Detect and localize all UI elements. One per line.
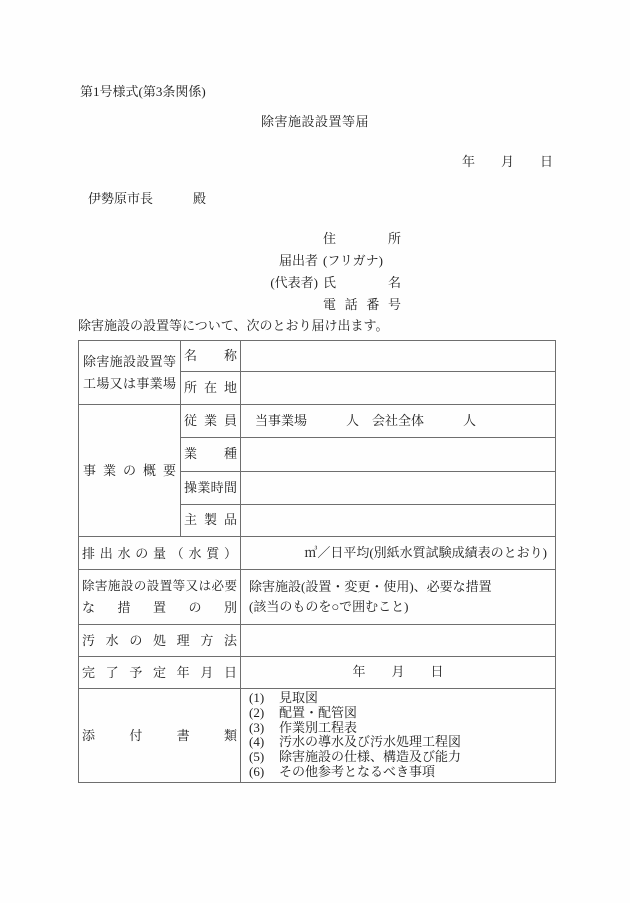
attachments-label: 添付書類 — [79, 689, 241, 783]
facility-name-label: 名称 — [181, 341, 241, 372]
representative-label: (代表者) — [270, 272, 318, 294]
operating-hours-label: 操業時間 — [181, 472, 241, 505]
main-products-label: 主製品 — [181, 505, 241, 537]
attachment-text: その他参考となるべき事項 — [279, 765, 435, 780]
discharge-volume-label: 排出水の量（水質） — [79, 537, 241, 570]
measure-type-label: 除害施設の設置等又は必要 な措置の別 — [79, 570, 241, 625]
business-group-label: 事業の概要 — [79, 405, 181, 537]
facility-group-label-line1: 除害施設設置等 — [83, 351, 176, 373]
operating-hours-value-cell — [241, 472, 556, 505]
attachments-list-cell: (1) 見取図 (2) 配置・配管図 (3) 作業別工程表 (4) — [241, 689, 556, 783]
measure-type-value: 除害施設(設置・変更・使用)、必要な措置 (該当のものを○で囲むこと) — [241, 570, 556, 625]
attachment-num: (6) — [249, 765, 279, 780]
submitter-block: 住所 届出者 (フリガナ) (代表者) 氏名 電話番号 — [270, 228, 401, 316]
attachment-text: 作業別工程表 — [279, 721, 357, 736]
facility-location-label: 所在地 — [181, 372, 241, 405]
submitter-spacer-2 — [270, 294, 318, 316]
industry-label: 業種 — [181, 438, 241, 472]
addressee-honorific: 殿 — [193, 191, 206, 206]
attachment-text: 汚水の導水及び汚水処理工程図 — [279, 735, 461, 750]
facility-group-label: 除害施設設置等 工場又は事業場 — [79, 341, 181, 405]
form-number: 第1号様式(第3条関係) — [80, 84, 206, 100]
attachment-item: (2) 配置・配管図 — [249, 706, 547, 721]
attachment-item: (1) 見取図 — [249, 691, 547, 706]
attachment-num: (3) — [249, 721, 279, 736]
submitter-spacer — [270, 228, 318, 250]
facility-group-label-line2: 工場又は事業場 — [83, 373, 176, 395]
form-document-page: 第1号様式(第3条関係) 除害施設設置等届 年 月 日 伊勢原市長殿 住所 届出… — [0, 0, 630, 903]
measure-type-value-line2: (該当のものを○で囲むこと) — [249, 597, 547, 617]
attachment-item: (4) 汚水の導水及び汚水処理工程図 — [249, 735, 547, 750]
furigana-label: (フリガナ) — [323, 250, 401, 272]
attachment-num: (5) — [249, 750, 279, 765]
attachment-num: (1) — [249, 691, 279, 706]
attachment-text: 除害施設の仕様、構造及び能力 — [279, 750, 461, 765]
measure-type-value-line1: 除害施設(設置・変更・使用)、必要な措置 — [249, 577, 547, 597]
discharge-volume-value: ㎥／日平均(別紙水質試験成績表のとおり) — [241, 537, 556, 570]
attachment-text: 配置・配管図 — [279, 706, 357, 721]
attachment-num: (4) — [249, 735, 279, 750]
industry-value-cell — [241, 438, 556, 472]
attachment-item: (3) 作業別工程表 — [249, 721, 547, 736]
employees-label: 従業員 — [181, 405, 241, 438]
attachment-num: (2) — [249, 706, 279, 721]
address-label: 住所 — [323, 228, 401, 250]
addressee-line: 伊勢原市長殿 — [88, 191, 206, 207]
form-title: 除害施設設置等届 — [0, 114, 630, 130]
sewage-treatment-value-cell — [241, 625, 556, 657]
attachment-item: (5) 除害施設の仕様、構造及び能力 — [249, 750, 547, 765]
attachment-text: 見取図 — [279, 691, 318, 706]
submitter-role-label: 届出者 — [270, 250, 318, 272]
completion-date-label: 完了予定年月日 — [79, 657, 241, 689]
date-line: 年 月 日 — [78, 154, 553, 170]
main-products-value-cell — [241, 505, 556, 537]
addressee-name: 伊勢原市長 — [88, 191, 153, 206]
attachments-list: (1) 見取図 (2) 配置・配管図 (3) 作業別工程表 (4) — [249, 689, 547, 782]
intro-text: 除害施設の設置等について、次のとおり届け出ます。 — [78, 318, 388, 334]
attachment-item: (6) その他参考となるべき事項 — [249, 765, 547, 780]
phone-label: 電話番号 — [323, 294, 401, 316]
facility-name-value-cell — [241, 341, 556, 372]
completion-date-value: 年 月 日 — [241, 657, 556, 689]
employees-value-cell: 当事業場 人 会社全体 人 — [241, 405, 556, 438]
application-table: 除害施設設置等 工場又は事業場 名称 所在地 事業の概要 従業員 当事業場 人 … — [78, 340, 556, 783]
measure-type-label-line1: 除害施設の設置等又は必要 — [82, 576, 237, 597]
facility-location-value-cell — [241, 372, 556, 405]
name-label: 氏名 — [323, 272, 401, 294]
measure-type-label-line2: な措置の別 — [82, 597, 237, 618]
sewage-treatment-label: 汚水の処理方法 — [79, 625, 241, 657]
